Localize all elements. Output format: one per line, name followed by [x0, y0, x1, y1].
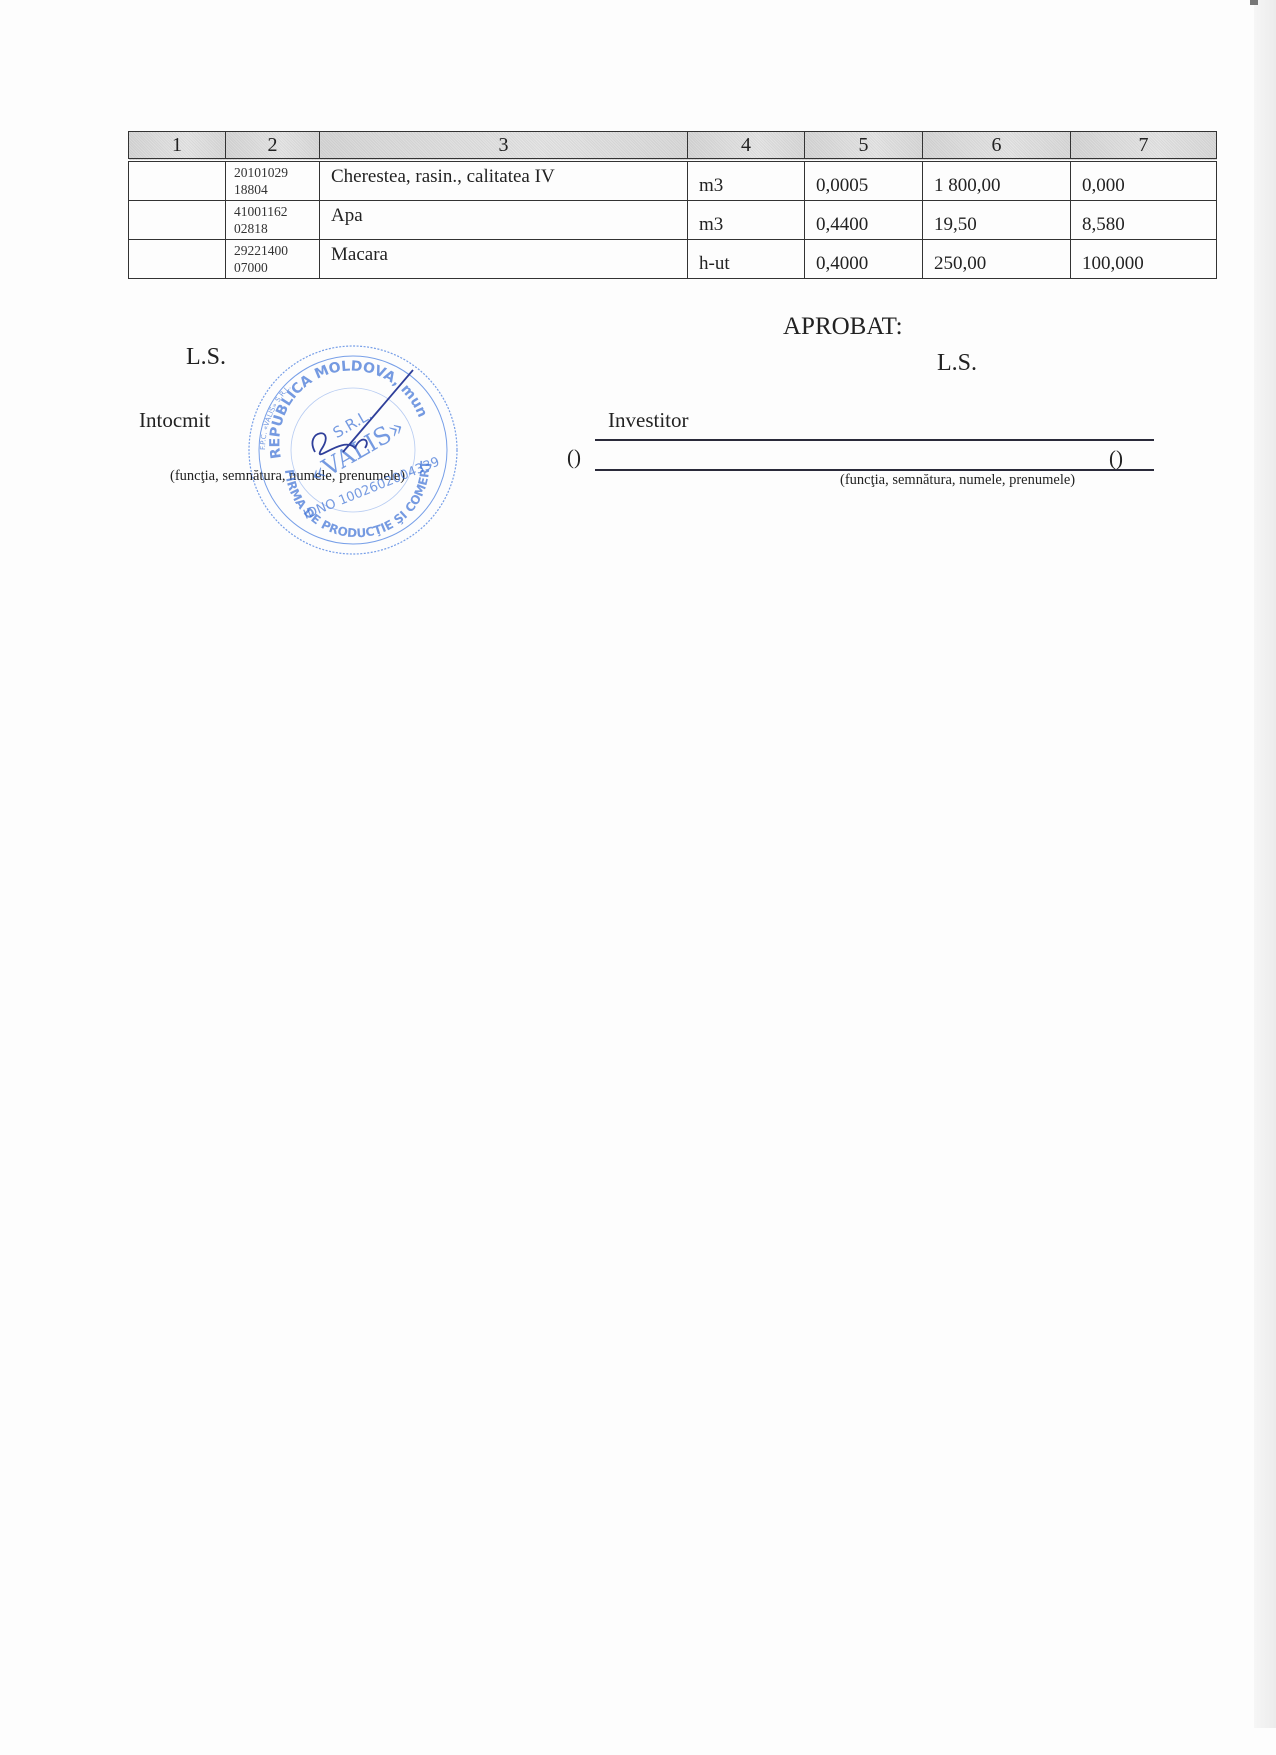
price-cell: 19,50 — [923, 201, 1071, 240]
scan-edge-mark — [1250, 0, 1258, 5]
quantity: 0,4000 — [805, 240, 922, 275]
code-line-2: 18804 — [226, 181, 319, 198]
code-line-1: 20101029 — [226, 162, 319, 181]
table-row: 2010102918804 Cherestea, rasin., calitat… — [129, 160, 1217, 201]
unit: m3 — [688, 201, 804, 236]
column-header: 6 — [923, 132, 1071, 161]
quantity-cell: 0,4400 — [805, 201, 923, 240]
total: 0,000 — [1071, 162, 1216, 197]
total: 100,000 — [1071, 240, 1216, 275]
left-ls-label: L.S. — [186, 344, 226, 371]
row-number-cell — [129, 160, 226, 201]
code-line-1: 29221400 — [226, 240, 319, 259]
unit-cell: m3 — [688, 160, 805, 201]
column-header: 5 — [805, 132, 923, 161]
investor-signature-line — [595, 439, 1154, 441]
total-cell: 8,580 — [1071, 201, 1217, 240]
company-stamp: F.P.C. «VALIS» S.R.L. REPUBLICA MOLDOVA,… — [243, 340, 463, 560]
investor-name-line — [595, 469, 1154, 471]
price: 1 800,00 — [923, 162, 1070, 197]
item-name: Macara — [320, 240, 687, 266]
prepared-by-label: Intocmit — [139, 408, 210, 433]
code-cell: 2922140007000 — [226, 240, 320, 279]
code-line-2: 07000 — [226, 259, 319, 276]
name-cell: Cherestea, rasin., calitatea IV — [320, 160, 688, 201]
right-signature-caption: (funcţia, semnătura, numele, prenumele) — [840, 472, 1075, 489]
price: 19,50 — [923, 201, 1070, 236]
code-line-1: 41001162 — [226, 201, 319, 220]
unit: h-ut — [688, 240, 804, 275]
row-number-cell — [129, 240, 226, 279]
left-parenthesis: () — [567, 445, 581, 470]
total-cell: 0,000 — [1071, 160, 1217, 201]
column-header: 3 — [320, 132, 688, 161]
column-header: 2 — [226, 132, 320, 161]
investor-label: Investitor — [608, 408, 688, 433]
name-cell: Macara — [320, 240, 688, 279]
total: 8,580 — [1071, 201, 1216, 236]
right-parenthesis: () — [1109, 446, 1123, 471]
price: 250,00 — [923, 240, 1070, 275]
price-cell: 1 800,00 — [923, 160, 1071, 201]
materials-table: 1 2 3 4 5 6 7 2010102918804 Cherestea, r… — [128, 131, 1217, 279]
approved-title: APROBAT: — [783, 313, 903, 341]
price-cell: 250,00 — [923, 240, 1071, 279]
item-name: Cherestea, rasin., calitatea IV — [320, 162, 687, 188]
code-cell: 2010102918804 — [226, 160, 320, 201]
total-cell: 100,000 — [1071, 240, 1217, 279]
table-header-row: 1 2 3 4 5 6 7 — [129, 132, 1217, 161]
row-number-cell — [129, 201, 226, 240]
unit: m3 — [688, 162, 804, 197]
name-cell: Apa — [320, 201, 688, 240]
right-ls-label: L.S. — [937, 350, 977, 377]
code-cell: 4100116202818 — [226, 201, 320, 240]
quantity-cell: 0,0005 — [805, 160, 923, 201]
quantity: 0,0005 — [805, 162, 922, 197]
table-row: 2922140007000 Macara h-ut 0,4000 250,00 … — [129, 240, 1217, 279]
code-line-2: 02818 — [226, 220, 319, 237]
scan-edge — [1254, 0, 1276, 1728]
column-header: 7 — [1071, 132, 1217, 161]
unit-cell: m3 — [688, 201, 805, 240]
unit-cell: h-ut — [688, 240, 805, 279]
table-row: 4100116202818 Apa m3 0,4400 19,50 8,580 — [129, 201, 1217, 240]
quantity: 0,4400 — [805, 201, 922, 236]
quantity-cell: 0,4000 — [805, 240, 923, 279]
item-name: Apa — [320, 201, 687, 227]
column-header: 4 — [688, 132, 805, 161]
column-header: 1 — [129, 132, 226, 161]
